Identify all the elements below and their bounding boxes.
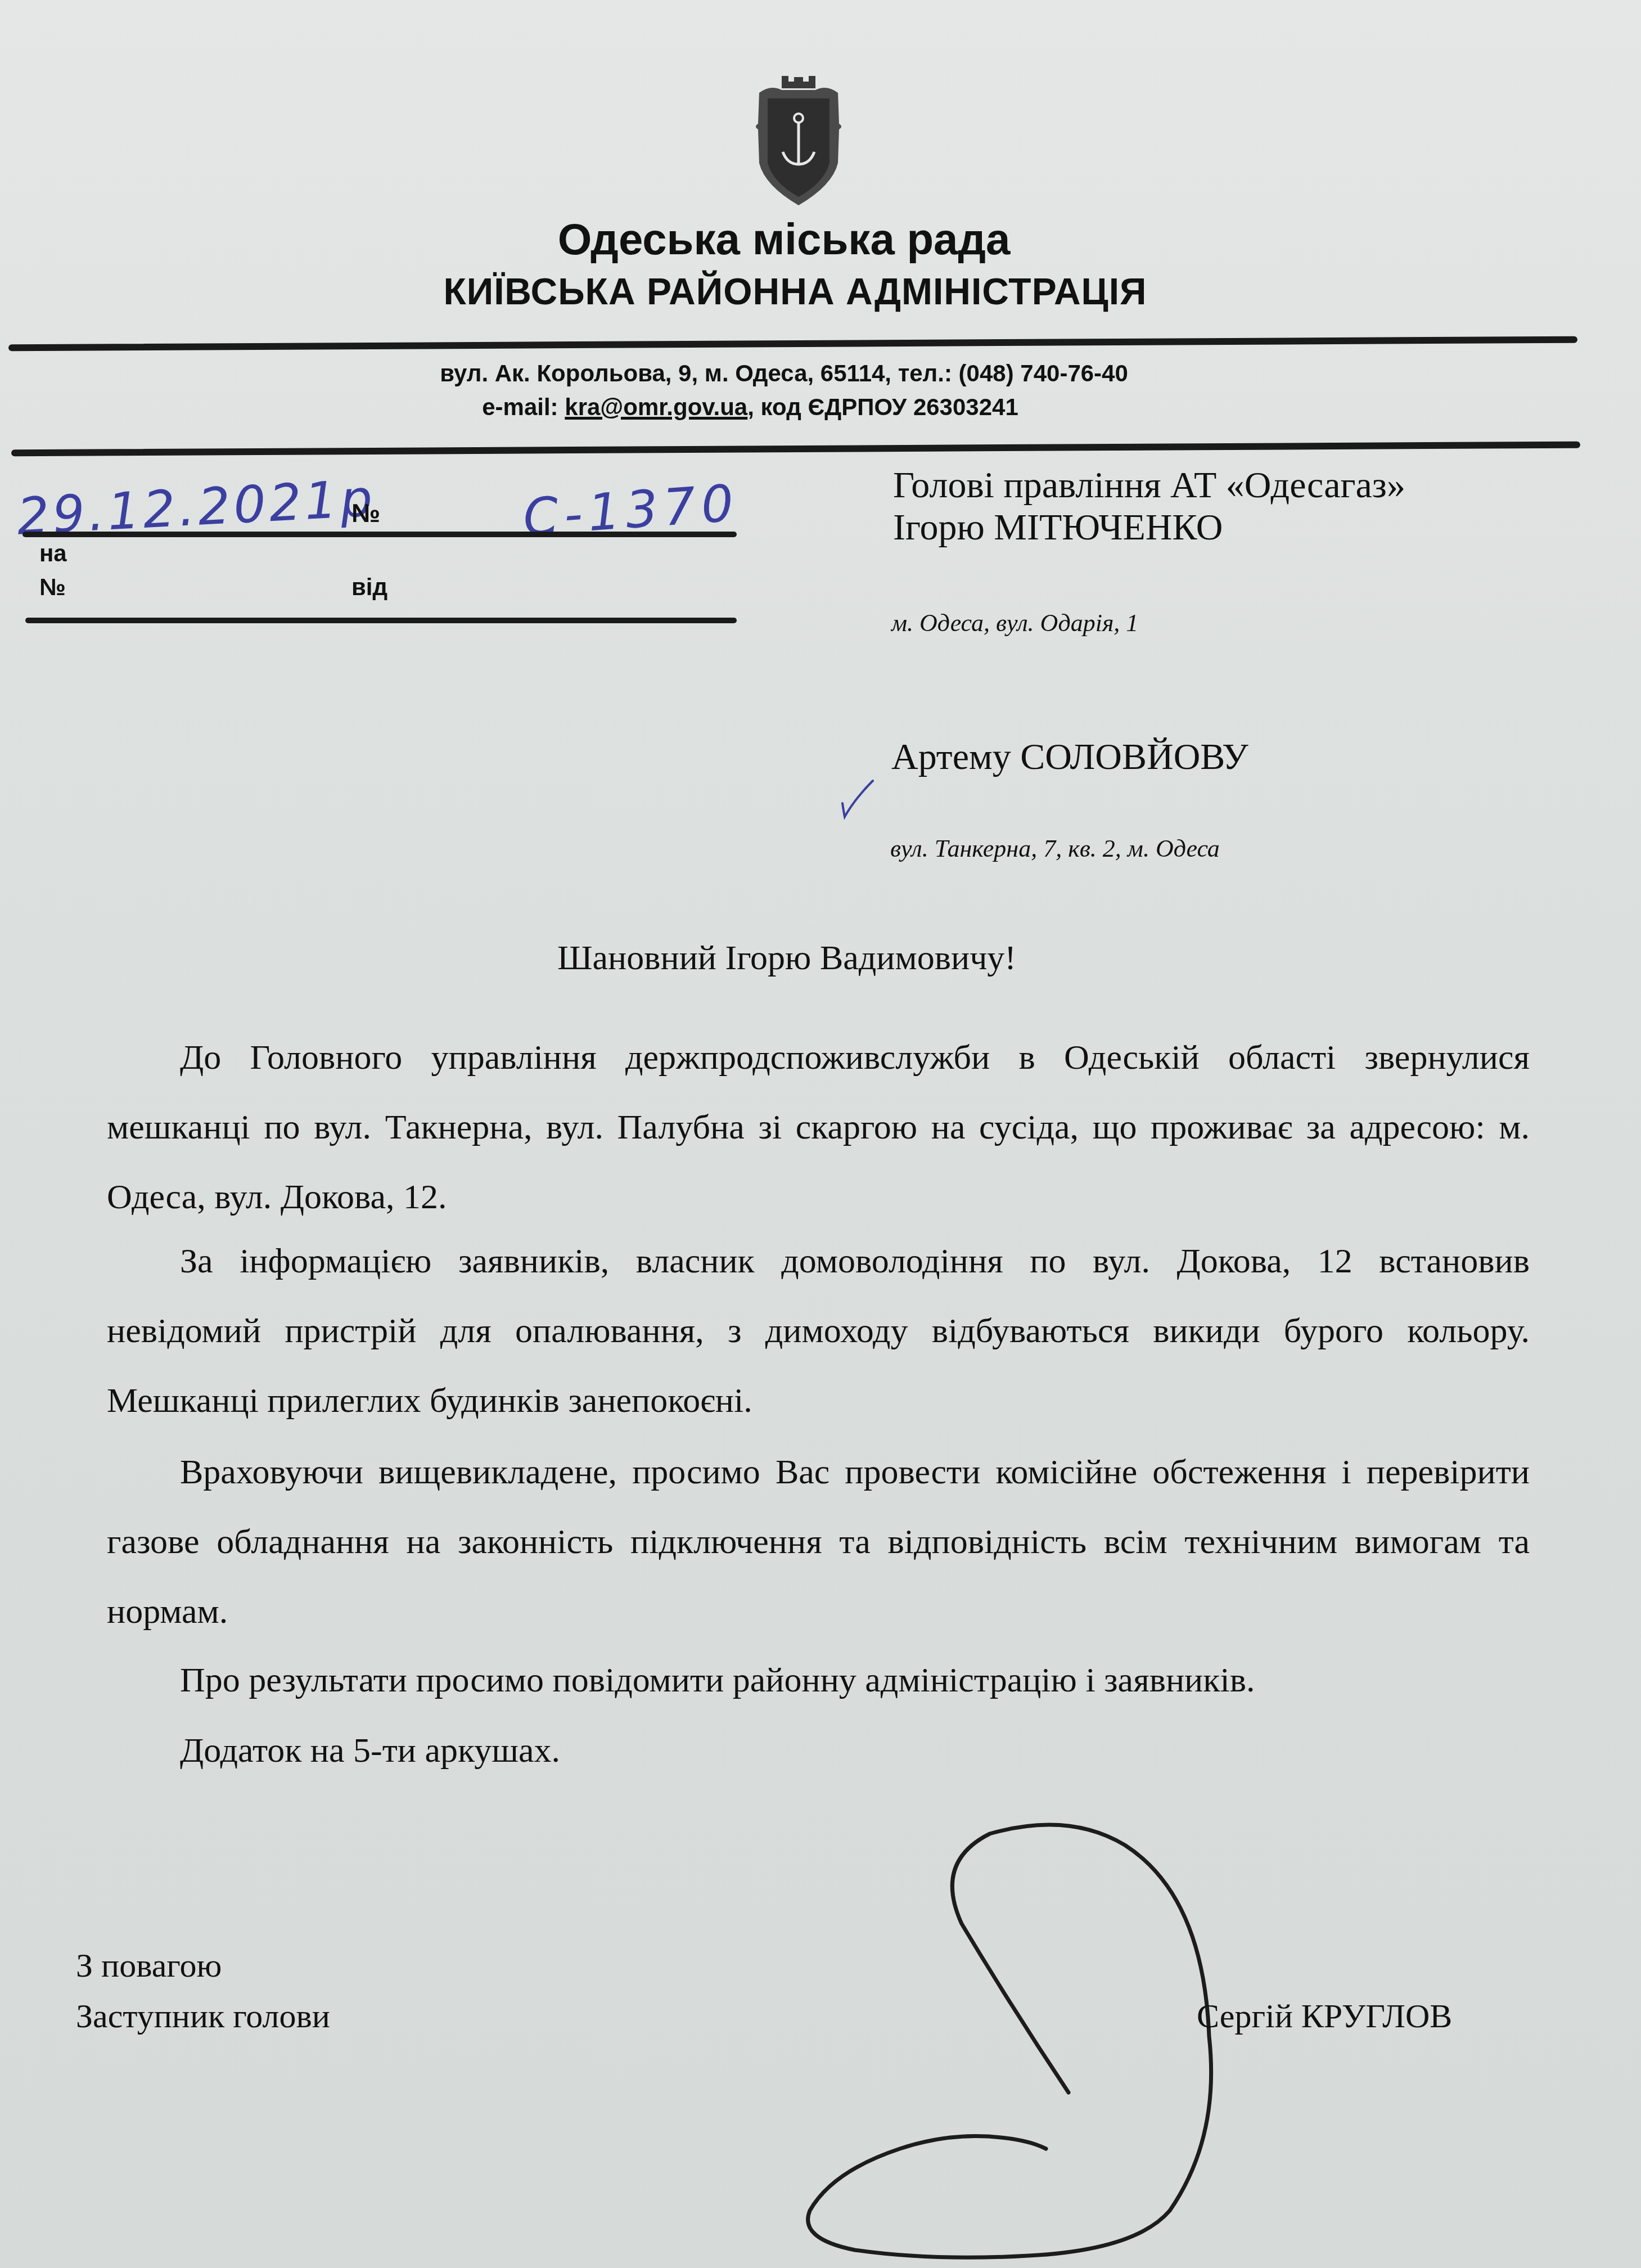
email-prefix: e-mail: <box>482 394 565 420</box>
header-divider-bottom <box>11 442 1580 457</box>
reg-divider-bottom <box>25 618 737 623</box>
signer-name: Сергій КРУГЛОВ <box>1197 1997 1452 2036</box>
checkmark-icon <box>838 776 877 821</box>
addressee-1-address: м. Одеса, вул. Одарія, 1 <box>891 609 1138 637</box>
reply-from-label: від <box>351 574 387 601</box>
signer-position: Заступник голови <box>76 1997 330 2036</box>
reply-number-label: № <box>39 574 66 601</box>
attachment-note: Додаток на 5-ти аркушах. <box>107 1716 1530 1785</box>
signature-icon <box>776 1822 1592 2267</box>
addressee-1-title: Голові правління АТ «Одесагаз» <box>893 464 1405 507</box>
body-paragraph: Враховуючи вищевикладене, просимо Вас пр… <box>107 1437 1530 1646</box>
email-link[interactable]: kra@omr.gov.ua <box>565 394 747 420</box>
number-label: № <box>351 498 380 528</box>
organization-title: Одеська міська рада <box>0 214 1641 265</box>
coat-of-arms-icon <box>742 73 855 208</box>
contact-address: вул. Ак. Корольова, 9, м. Одеса, 65114, … <box>0 360 1641 387</box>
body-paragraph: Про результати просимо повідомити районн… <box>107 1645 1530 1715</box>
addressee-1-name: Ігорю МІТЮЧЕНКО <box>893 506 1223 549</box>
addressee-2-address: вул. Танкерна, 7, кв. 2, м. Одеса <box>890 834 1220 863</box>
addressee-2-name: Артему СОЛОВЙОВУ <box>891 736 1248 778</box>
contact-email-line: e-mail: kra@omr.gov.ua, код ЄДРПОУ 26303… <box>0 394 1641 421</box>
reg-divider <box>22 532 737 537</box>
salutation: Шановний Ігорю Вадимовичу! <box>0 938 1641 978</box>
reply-on-label: на <box>39 540 67 567</box>
closing-regards: З повагою <box>76 1946 222 1985</box>
header-divider-top <box>8 336 1577 352</box>
body-paragraph: До Головного управління держпродспоживсл… <box>107 1023 1530 1232</box>
organization-subtitle: КИЇВСЬКА РАЙОННА АДМІНІСТРАЦІЯ <box>0 270 1641 313</box>
body-paragraph: За інформацією заявників, власник домово… <box>107 1226 1530 1435</box>
edrpou-code: , код ЄДРПОУ 26303241 <box>747 394 1018 420</box>
